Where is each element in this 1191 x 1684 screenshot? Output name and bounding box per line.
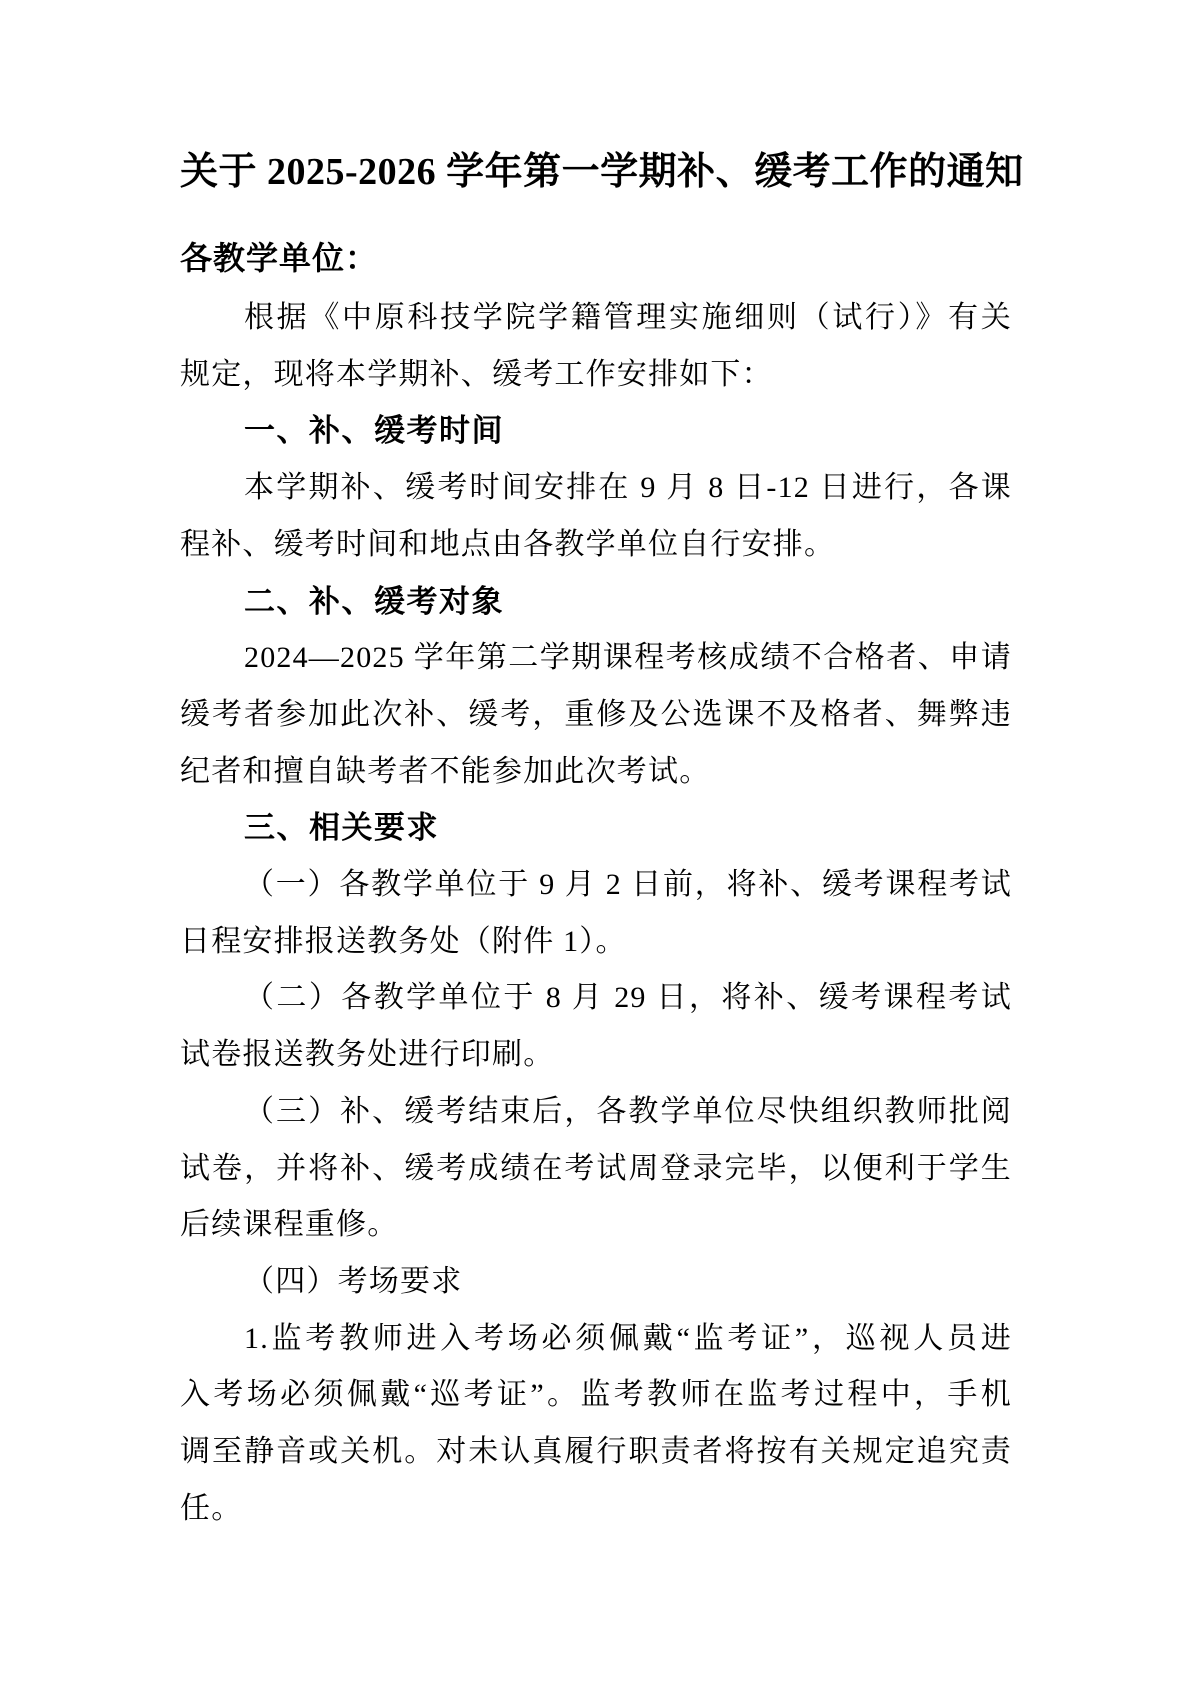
text-line: 调至静音或关机。对未认真履行职责者将按有关规定追究责 [180, 1424, 1012, 1481]
text-line: 1.监考教师进入考场必须佩戴“监考证”，巡视人员进 [180, 1311, 1012, 1368]
text-line: 日程安排报送教务处（附件 1）。 [180, 914, 1012, 971]
text-line: 纪者和擅自缺考者不能参加此次考试。 [180, 744, 1012, 801]
text-line: 程补、缓考时间和地点由各教学单位自行安排。 [180, 517, 1012, 574]
document-body: 根据《中原科技学院学籍管理实施细则（试行）》有关规定，现将本学期补、缓考工作安排… [180, 290, 1012, 1537]
text-line: 缓考者参加此次补、缓考，重修及公选课不及格者、舞弊违 [180, 687, 1012, 744]
text-line: 根据《中原科技学院学籍管理实施细则（试行）》有关 [180, 290, 1012, 347]
text-line: （一）各教学单位于 9 月 2 日前，将补、缓考课程考试 [180, 857, 1012, 914]
section-heading: 三、相关要求 [180, 800, 1012, 857]
section-heading: 二、补、缓考对象 [180, 574, 1012, 631]
section-heading: 一、补、缓考时间 [180, 403, 1012, 460]
text-line: 后续课程重修。 [180, 1197, 1012, 1254]
text-line: 入考场必须佩戴“巡考证”。监考教师在监考过程中，手机 [180, 1367, 1012, 1424]
text-line: （三）补、缓考结束后，各教学单位尽快组织教师批阅 [180, 1084, 1012, 1141]
text-line: 试卷报送教务处进行印刷。 [180, 1027, 1012, 1084]
text-line: 2024—2025 学年第二学期课程考核成绩不合格者、申请 [180, 630, 1012, 687]
salutation: 各教学单位： [180, 236, 1012, 280]
text-line: （四）考场要求 [180, 1254, 1012, 1311]
page-title: 关于 2025-2026 学年第一学期补、缓考工作的通知 [180, 148, 1012, 196]
notice-page: 关于 2025-2026 学年第一学期补、缓考工作的通知 各教学单位： 根据《中… [0, 0, 1191, 1684]
text-line: （二）各教学单位于 8 月 29 日，将补、缓考课程考试 [180, 970, 1012, 1027]
text-line: 本学期补、缓考时间安排在 9 月 8 日-12 日进行，各课 [180, 460, 1012, 517]
text-line: 试卷，并将补、缓考成绩在考试周登录完毕，以便利于学生 [180, 1141, 1012, 1198]
text-line: 规定，现将本学期补、缓考工作安排如下： [180, 347, 1012, 404]
text-line: 任。 [180, 1481, 1012, 1538]
